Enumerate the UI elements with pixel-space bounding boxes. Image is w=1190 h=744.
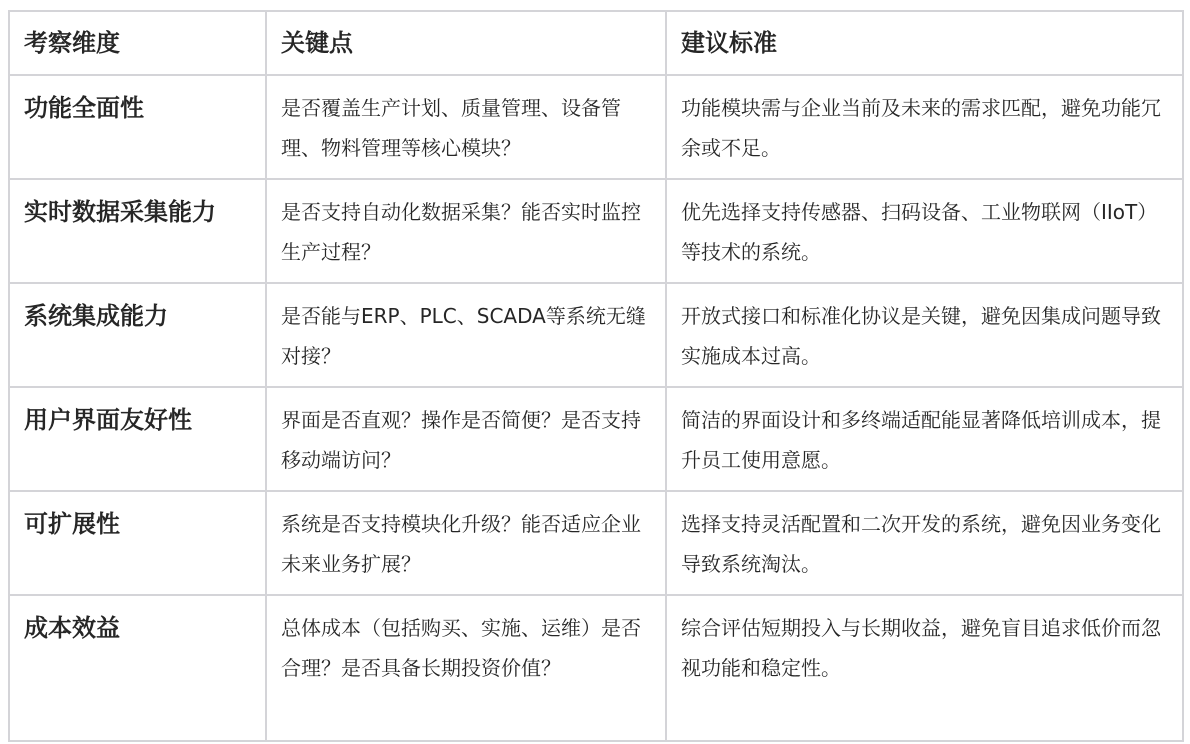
cell-standard: 功能模块需与企业当前及未来的需求匹配，避免功能冗余或不足。 [666,75,1183,179]
cell-dimension: 可扩展性 [9,491,266,595]
table-row: 实时数据采集能力 是否支持自动化数据采集？能否实时监控生产过程？ 优先选择支持传… [9,179,1183,283]
cell-key-point: 总体成本（包括购买、实施、运维）是否合理？是否具备长期投资价值？ [266,595,666,741]
table-row: 用户界面友好性 界面是否直观？操作是否简便？是否支持移动端访问？ 简洁的界面设计… [9,387,1183,491]
cell-key-point: 系统是否支持模块化升级？能否适应企业未来业务扩展？ [266,491,666,595]
header-dimension: 考察维度 [9,11,266,75]
cell-dimension: 成本效益 [9,595,266,741]
cell-standard: 综合评估短期投入与长期收益，避免盲目追求低价而忽视功能和稳定性。 [666,595,1183,741]
cell-standard: 开放式接口和标准化协议是关键，避免因集成问题导致实施成本过高。 [666,283,1183,387]
header-key-point: 关键点 [266,11,666,75]
table-row: 功能全面性 是否覆盖生产计划、质量管理、设备管理、物料管理等核心模块？ 功能模块… [9,75,1183,179]
table-row: 可扩展性 系统是否支持模块化升级？能否适应企业未来业务扩展？ 选择支持灵活配置和… [9,491,1183,595]
cell-standard: 简洁的界面设计和多终端适配能显著降低培训成本，提升员工使用意愿。 [666,387,1183,491]
cell-key-point: 是否覆盖生产计划、质量管理、设备管理、物料管理等核心模块？ [266,75,666,179]
header-standard: 建议标准 [666,11,1183,75]
cell-standard: 优先选择支持传感器、扫码设备、工业物联网（IIoT）等技术的系统。 [666,179,1183,283]
table-row: 成本效益 总体成本（包括购买、实施、运维）是否合理？是否具备长期投资价值？ 综合… [9,595,1183,741]
cell-key-point: 界面是否直观？操作是否简便？是否支持移动端访问？ [266,387,666,491]
cell-dimension: 功能全面性 [9,75,266,179]
cell-dimension: 用户界面友好性 [9,387,266,491]
table-header-row: 考察维度 关键点 建议标准 [9,11,1183,75]
table-row: 系统集成能力 是否能与ERP、PLC、SCADA等系统无缝对接？ 开放式接口和标… [9,283,1183,387]
cell-standard: 选择支持灵活配置和二次开发的系统，避免因业务变化导致系统淘汰。 [666,491,1183,595]
cell-key-point: 是否支持自动化数据采集？能否实时监控生产过程？ [266,179,666,283]
evaluation-table: 考察维度 关键点 建议标准 功能全面性 是否覆盖生产计划、质量管理、设备管理、物… [8,10,1184,742]
cell-key-point: 是否能与ERP、PLC、SCADA等系统无缝对接？ [266,283,666,387]
cell-dimension: 系统集成能力 [9,283,266,387]
cell-dimension: 实时数据采集能力 [9,179,266,283]
